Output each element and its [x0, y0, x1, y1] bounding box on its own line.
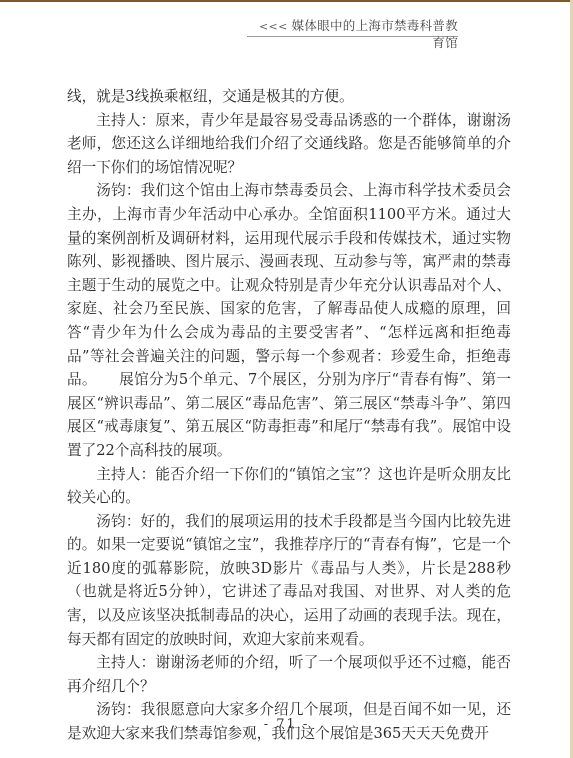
body-text: 线，就是3线换乘枢纽，交通是极其的方便。 主持人：原来，青少年是最容易受毒品诱惑… — [67, 85, 511, 746]
paragraph: 主持人：能否介绍一下你们的“镇馆之宝”？这也许是听众朋友比较关心的。 — [67, 463, 511, 510]
paragraph: 汤钧：我们这个馆由上海市禁毒委员会、上海市科学技术委员会主办，上海市青少年活动中… — [67, 179, 511, 462]
page-number: - 71 - — [0, 717, 573, 732]
paragraph: 汤钧：好的，我们的展项运用的技术手段都是当今国内比较先进的。如果一定要说“镇馆之… — [67, 510, 511, 652]
top-border — [0, 0, 573, 2]
paragraph: 主持人：原来，青少年是最容易受毒品诱惑的一个群体，谢谢汤老师，您还这么详细地给我… — [67, 109, 511, 180]
running-header-title: 媒体眼中的上海市禁毒科普教育馆 — [292, 18, 458, 50]
running-header: <<<媒体眼中的上海市禁毒科普教育馆 — [247, 18, 458, 37]
paragraph: 主持人：谢谢汤老师的介绍，听了一个展项似乎还不过瘾，能否再介绍几个？ — [67, 651, 511, 698]
chevrons-left-icon: <<< — [259, 20, 288, 33]
paragraph: 线，就是3线换乘枢纽，交通是极其的方便。 — [67, 85, 511, 109]
